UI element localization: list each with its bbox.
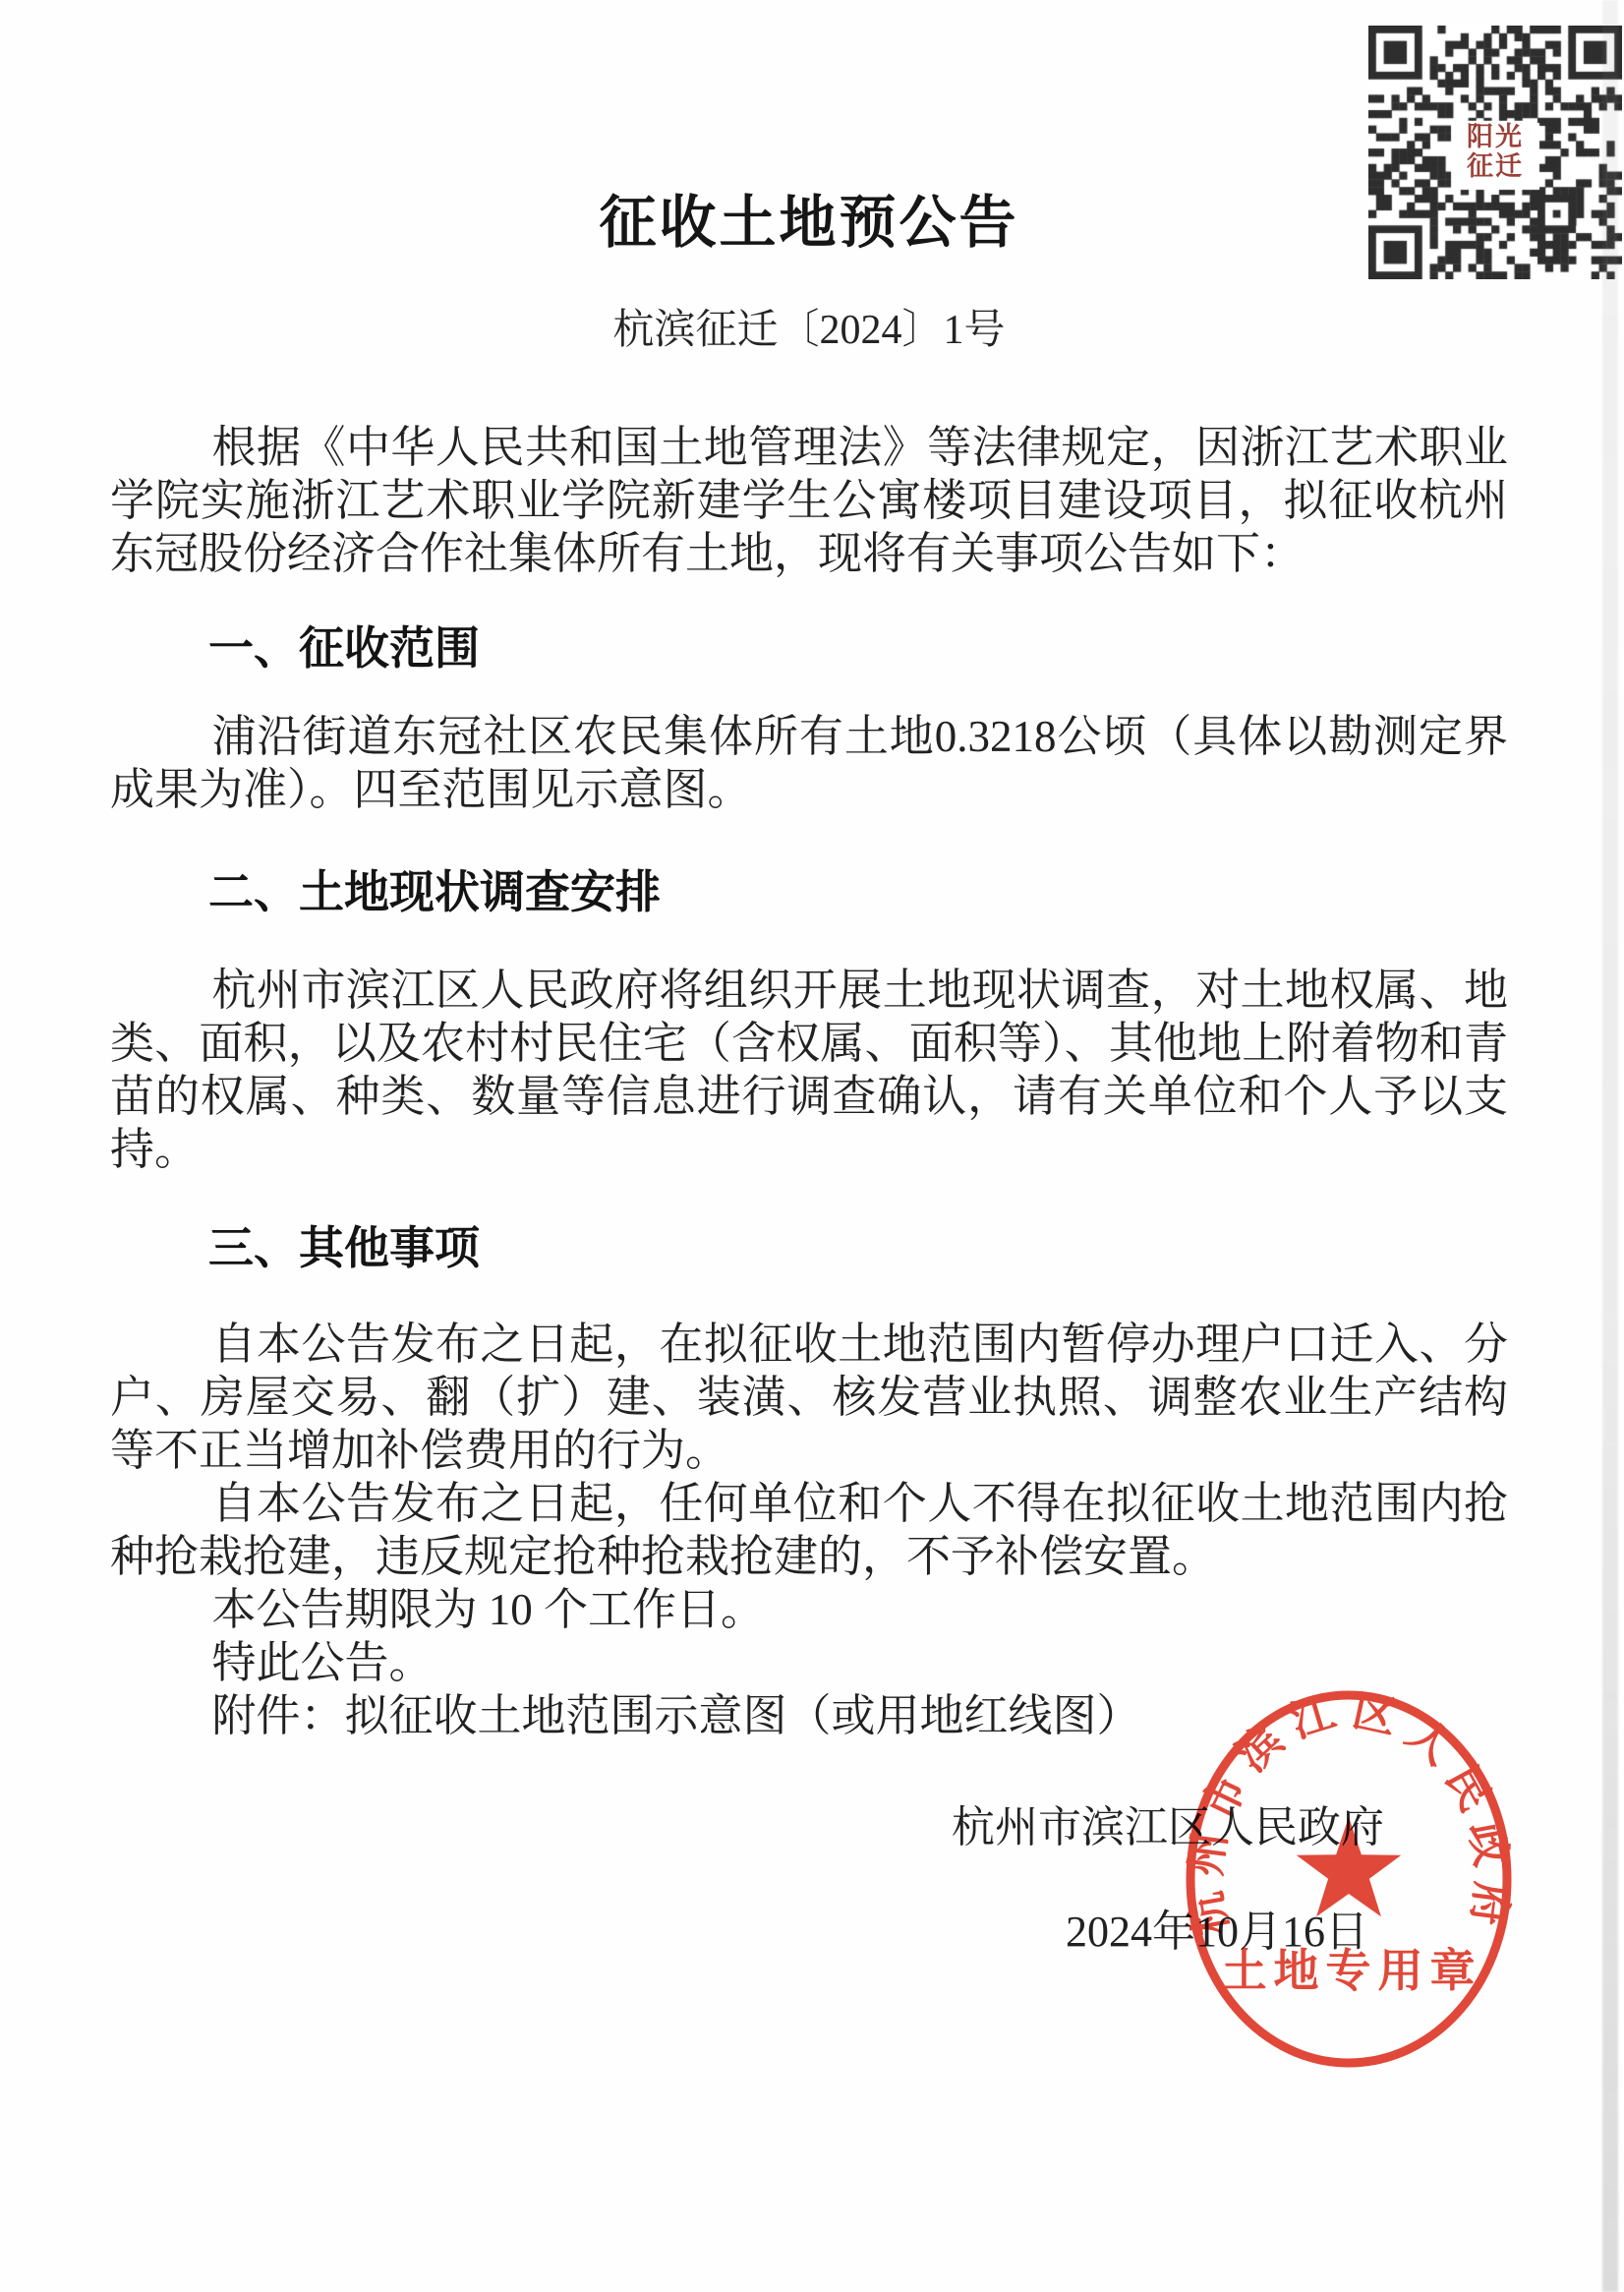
date-line: 2024年10月16日 xyxy=(110,1906,1508,1959)
qr-label-line1: 阳光 xyxy=(1467,122,1524,151)
section-3-heading: 三、其他事项 xyxy=(208,1223,1508,1272)
announcement-body: 征收土地预公告 杭滨征迁〔2024〕1号 根据《中华人民共和国土地管理法》等法律… xyxy=(0,189,1624,1959)
section-2-paragraph: 杭州市滨江区人民政府将组织开展土地现状调查，对土地权属、地类、面积，以及农村村民… xyxy=(110,964,1508,1176)
section-3-paragraph-2: 自本公告发布之日起，任何单位和个人不得在拟征收土地范围内抢种抢栽抢建，违反规定抢… xyxy=(110,1477,1508,1583)
section-3-paragraph-1: 自本公告发布之日起，在拟征收土地范围内暂停办理户口迁入、分户、房屋交易、翻（扩）… xyxy=(110,1318,1508,1477)
page-title: 征收土地预公告 xyxy=(110,189,1508,258)
qr-code: 阳光 征迁 xyxy=(1368,26,1622,279)
section-3-paragraph-3: 本公告期限为 10 个工作日。 xyxy=(110,1583,1508,1636)
announcement-page: 征收土地预公告 杭滨征迁〔2024〕1号 根据《中华人民共和国土地管理法》等法律… xyxy=(0,0,1624,2292)
section-1-heading: 一、征收范围 xyxy=(208,623,1508,673)
attachment-line: 附件：拟征收土地范围示意图（或用地红线图） xyxy=(110,1689,1508,1742)
qr-center-label: 阳光 征迁 xyxy=(1463,121,1528,182)
intro-paragraph: 根据《中华人民共和国土地管理法》等法律规定，因浙江艺术职业学院实施浙江艺术职业学… xyxy=(110,421,1508,580)
qr-label-line2: 征迁 xyxy=(1467,151,1524,181)
signature-line: 杭州市滨江区人民政府 xyxy=(110,1801,1508,1854)
section-2-heading: 二、土地现状调查安排 xyxy=(208,867,1508,916)
section-3-paragraph-4: 特此公告。 xyxy=(110,1636,1508,1689)
doc-number: 杭滨征迁〔2024〕1号 xyxy=(110,307,1508,354)
section-1-paragraph: 浦沿街道东冠社区农民集体所有土地0.3218公顷（具体以勘测定界成果为准）。四至… xyxy=(110,710,1508,816)
